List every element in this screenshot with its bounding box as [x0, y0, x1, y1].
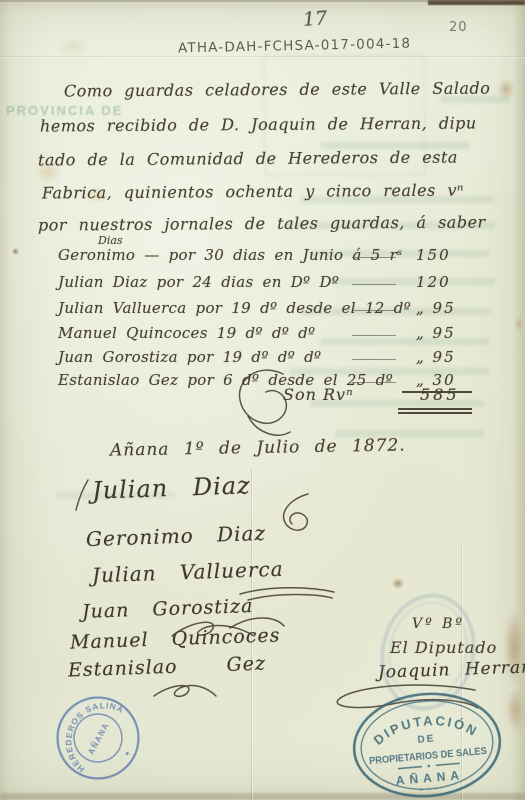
body-line: Como guardas celadores de este Valle Sal…: [64, 79, 490, 101]
signature: Estanislao Gez: [68, 653, 267, 682]
row-entry: Manuel Quincoces 19 dº dº dº: [58, 324, 315, 342]
stain: [56, 36, 90, 58]
top-edge-shadow: [0, 0, 525, 2]
signature-rubric: [150, 680, 220, 702]
leader-dash: [352, 257, 396, 258]
svg-text:DIPUTACIÓN: DIPUTACIÓN: [369, 709, 482, 749]
signature: Julian Valluerca: [92, 557, 284, 588]
row-entry: Julian Valluerca por 19 dº desde el 12 d…: [58, 299, 411, 317]
herederos-round-stamp: C. HEREDEROS SALINAS AÑANA: [36, 676, 160, 800]
diputado-title: El Diputado: [390, 638, 497, 657]
stain: [506, 688, 524, 732]
vo-bo-mark: Vº Bº: [412, 616, 465, 632]
dateline: Añana 1º de Julio de 1872.: [110, 435, 406, 460]
stain: [392, 578, 404, 589]
body-line: Fabrica, quinientos ochenta y cinco real…: [42, 181, 464, 203]
body-line: por nuestros jornales de tales guardas, …: [38, 212, 486, 234]
oval-stamp-bottom-text: AÑANA: [395, 767, 464, 788]
oval-stamp-de-text: DE: [417, 733, 436, 746]
stain: [497, 78, 515, 100]
total-amount: 585: [420, 385, 460, 404]
folio-number: 17: [302, 7, 328, 31]
account-row: Geronimo — por 30 dias en Junio á 5 rˢ 1…: [0, 246, 525, 268]
leader-dash: [352, 335, 396, 336]
leader-dash: [352, 284, 396, 285]
row-amount: 120: [416, 273, 474, 291]
body-line: tado de la Comunidad de Herederos de est…: [38, 148, 458, 170]
signature-rubric: [168, 618, 258, 644]
row-amount: „ 95: [416, 324, 474, 342]
signature: Geronimo Diaz: [86, 521, 267, 551]
signature-rubric: [268, 490, 318, 536]
diputado-signature: Joaquin Herran: [378, 657, 525, 682]
bottom-edge-shadow: [0, 793, 525, 800]
total-rule-double-1: [398, 408, 472, 410]
round-stamp-arc-text: C. HEREDEROS SALINAS: [36, 678, 126, 787]
account-row: Julian Valluerca por 19 dº desde el 12 d…: [0, 299, 525, 321]
round-stamp-center-text: AÑANA: [87, 721, 111, 756]
corner-page-number: 20: [449, 20, 468, 35]
leader-dash: [352, 359, 396, 360]
body-line: hemos recibido de D. Joaquin de Herran, …: [40, 113, 477, 135]
account-row: Julian Diaz por 24 dias en Dº Dº 120: [0, 273, 525, 295]
signature: Julian Diaz: [92, 471, 252, 505]
svg-text:C. HEREDEROS SALINAS: C. HEREDEROS SALINAS: [36, 678, 126, 787]
leader-dash: [352, 310, 396, 311]
row-amount: „ 95: [416, 348, 474, 366]
signature-flourish: [330, 684, 480, 712]
row-amount: „ 95: [416, 299, 474, 317]
row-entry: Geronimo — por 30 dias en Junio á 5 rˢ: [58, 246, 402, 264]
row-entry: Julian Diaz por 24 dias en Dº Dº: [58, 273, 339, 291]
row-amount: 150: [416, 246, 474, 264]
manuscript-scan: PROVINCIA DE 17 20 ATHA-DAH-FCHSA-017-00…: [0, 0, 525, 800]
signature-rubric: [74, 478, 90, 512]
oval-stamp-arc-text: DIPUTACIÓN: [369, 709, 482, 749]
account-row: Manuel Quincoces 19 dº dº dº „ 95: [0, 324, 525, 346]
leader-dash: [352, 382, 396, 383]
fold-crease-horizontal: [0, 56, 525, 57]
ink-flourish: [228, 364, 303, 442]
total-rule-double-2: [398, 412, 472, 414]
oval-stamp-main-text: PROPIETARIOS DE SALES: [369, 746, 488, 767]
